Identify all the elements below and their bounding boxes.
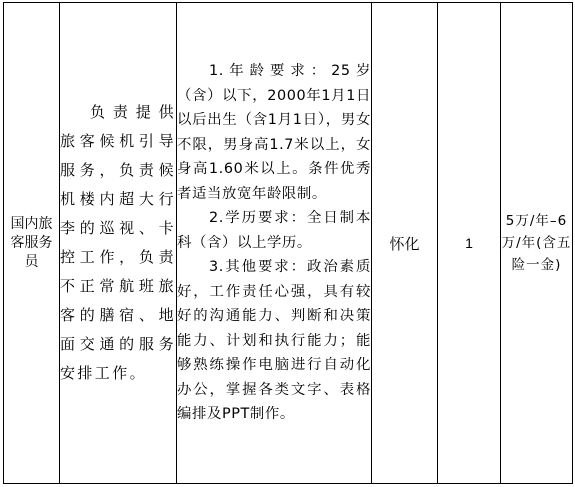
duties-text: 负责提供旅客候机引导服务，负责候机楼内超大行李的巡视、卡控工作，负责不正常航班旅… xyxy=(60,103,176,382)
requirement-other: 3.其他要求：政治素质好，工作责任心强，具有较好的沟通能力、判断和决策能力、计划… xyxy=(177,255,371,427)
location-cell: 怀化 xyxy=(372,3,438,484)
position-cell: 国内旅客服务员 xyxy=(4,3,60,484)
headcount-cell: 1 xyxy=(438,3,501,484)
salary-range: 5万/年–6万/年(含五险一金) xyxy=(502,213,572,273)
duties-cell: 负责提供旅客候机引导服务，负责候机楼内超大行李的巡视、卡控工作，负责不正常航班旅… xyxy=(60,3,177,484)
headcount: 1 xyxy=(465,235,473,251)
position-name: 国内旅客服务员 xyxy=(11,216,53,270)
job-posting-table: 国内旅客服务员 负责提供旅客候机引导服务，负责候机楼内超大行李的巡视、卡控工作，… xyxy=(3,2,573,484)
requirement-age: 1.年龄要求：25岁（含）以下，2000年1月1日以后出生（含1月1日），男女不… xyxy=(177,59,371,206)
work-location: 怀化 xyxy=(389,235,419,253)
salary-cell: 5万/年–6万/年(含五险一金) xyxy=(501,3,573,484)
table-row: 国内旅客服务员 负责提供旅客候机引导服务，负责候机楼内超大行李的巡视、卡控工作，… xyxy=(4,3,573,484)
requirement-education: 2.学历要求：全日制本科（含）以上学历。 xyxy=(177,206,371,255)
requirements-cell: 1.年龄要求：25岁（含）以下，2000年1月1日以后出生（含1月1日），男女不… xyxy=(177,3,372,484)
